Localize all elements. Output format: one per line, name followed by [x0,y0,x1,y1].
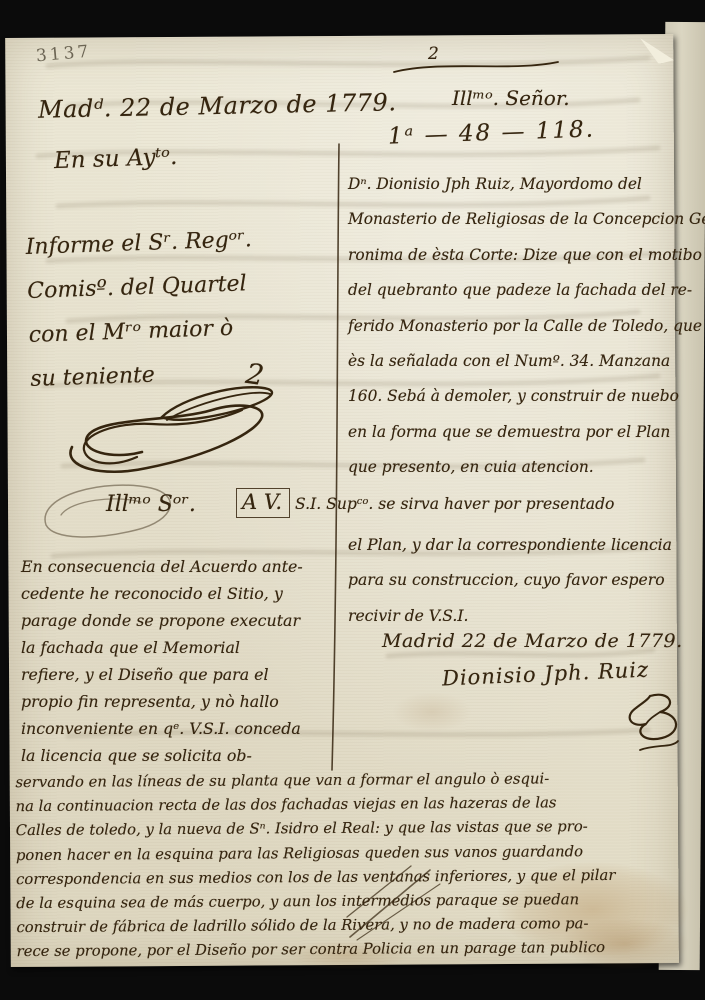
petition-paragraph: Dⁿ. Dionisio Jph Ruiz, Mayordomo delMona… [348,167,705,486]
text-line: refiere, y el Diseño que para el [21,661,303,688]
text-line: ès la señalada con el Numº. 34. Manzana [348,344,705,379]
text-line: la fachada que el Memorial [21,634,303,661]
text-line: cedente he reconocido el Sitio, y [21,580,303,607]
text-line: el Plan, y dar la correspondiente licenc… [348,528,672,563]
supplication-date: Madrid 22 de Marzo de 1779. [382,630,683,652]
signature-rubric-flourish [612,688,687,763]
report-fullwidth-paragraph: servando en las líneas de su planta que … [15,767,616,965]
report-column-paragraph: En consecuencia del Acuerdo ante-cedente… [21,553,303,769]
text-line: recivir de V.S.I. [348,599,672,634]
text-line: Monasterio de Religiosas de la Concepcio… [348,202,705,237]
addressee-salutation: Illᵐᵒ. Señor. [452,86,570,110]
text-line: 160. Sebá à demoler, y construir de nueb… [348,379,705,414]
text-line: del quebranto que padeze la fachada del … [348,273,705,308]
text-line: Calles de toledo, y la nueva de Sⁿ. Isid… [16,815,615,843]
text-line: que presento, en cuia atencion. [348,450,705,485]
text-line: rece se propone, por el Diseño por ser c… [17,936,616,964]
text-line: propio fin representa, y nò hallo [21,688,303,715]
text-line: Dⁿ. Dionisio Jph Ruiz, Mayordomo del [348,167,705,202]
supplication-first-line: A V. S.I. Supᶜᵒ. se sirva haver por pres… [236,488,614,518]
report-heading: Illᵐᵒ Sᵒʳ. [106,492,196,517]
text-line: inconveniente en qᵉ. V.S.I. conceda [21,715,303,742]
text-line: para su construccion, cuyo favor espero [348,563,672,598]
boxed-invocation: A V. [236,488,290,518]
text-line: la licencia que se solicita ob- [21,742,303,769]
text-line: ronima de èsta Corte: Dize que con el mo… [348,238,705,273]
column-divider-rule [330,144,346,774]
text-line: con el Mʳᵒ maior ò [28,306,256,358]
folio-underline-flourish [392,58,562,76]
text-line: En consecuencia del Acuerdo ante- [21,553,303,580]
text-line: Comisº. del Quartel [27,262,255,314]
stray-pen-strokes [345,862,445,942]
text-line: parage donde se propone executar [21,607,303,634]
text-line: Informe el Sʳ. Regᵒʳ. [25,218,253,270]
text-line: ferido Monasterio por la Calle de Toledo… [348,309,705,344]
text-line: en la forma que se demuestra por el Plan [348,415,705,450]
supplication-first-line-text: S.I. Supᶜᵒ. se sirva haver por presentad… [295,495,614,513]
council-note: En su Ayᵗᵒ. [54,144,178,174]
manuscript-scan: { "document": { "archive_number": "3137"… [0,0,705,1000]
supplication-paragraph: el Plan, y dar la correspondiente licenc… [348,528,672,634]
